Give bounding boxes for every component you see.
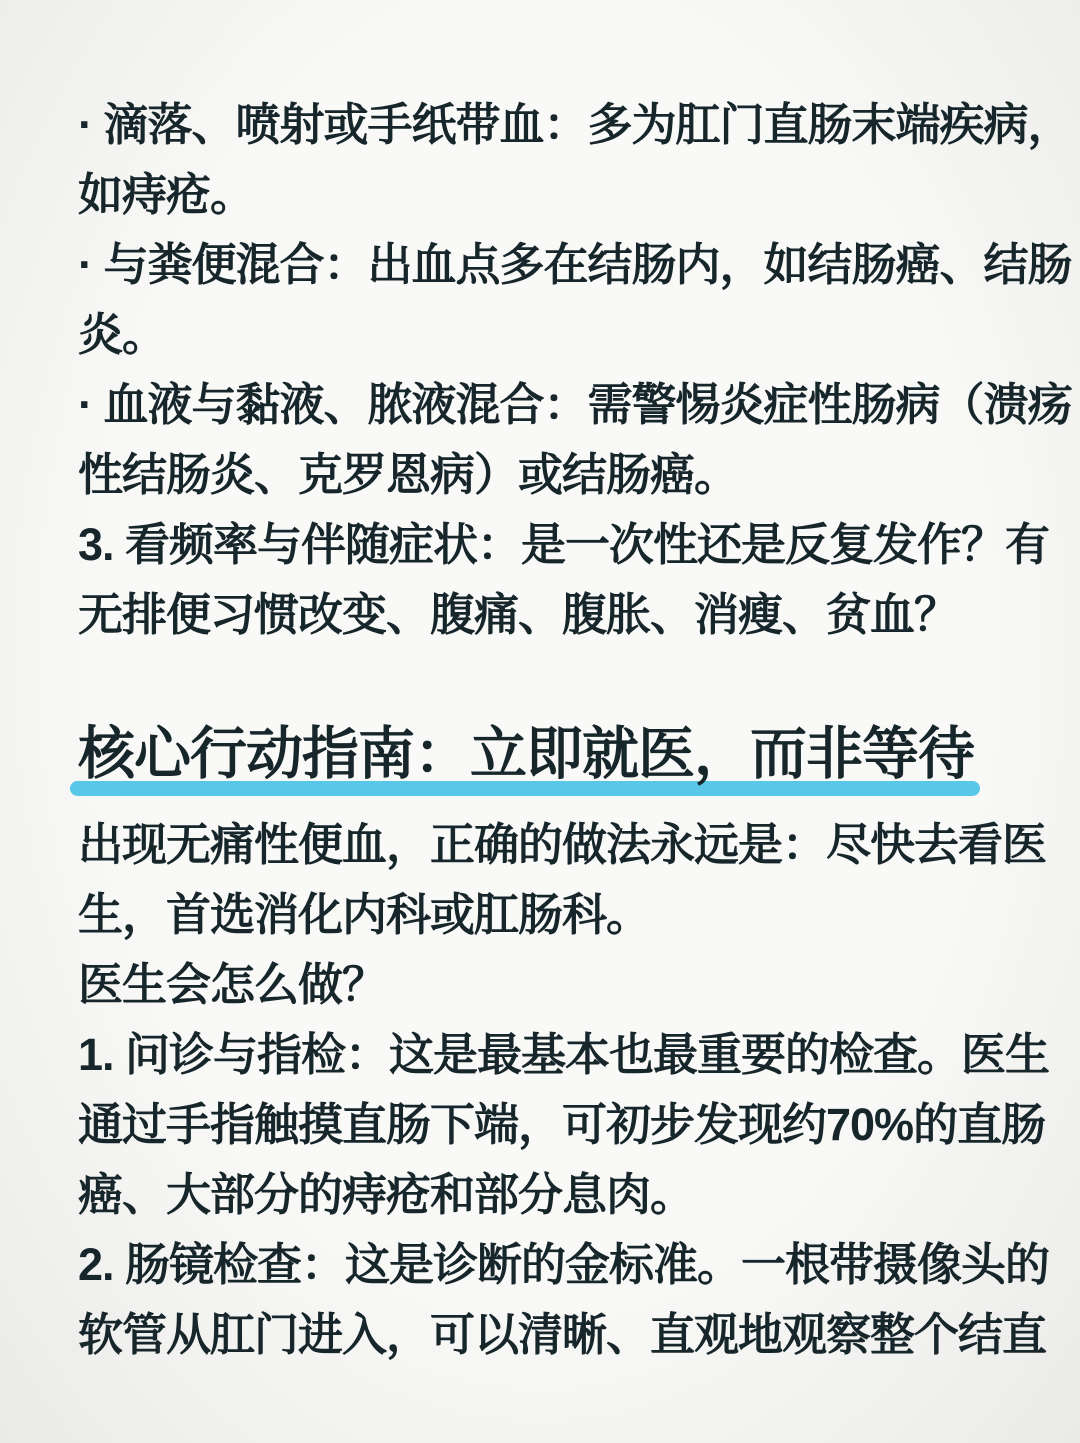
paragraph: 医生会怎么做？ [78,950,1022,1020]
bullet-item: · 滴落、喷射或手纸带血：多为肛门直肠末端疾病， 如痔疮。 [78,90,1022,230]
numbered-line: 3. 看频率与伴随症状：是一次性还是反复发作？有 [78,510,1022,580]
text-line: 通过手指触摸直肠下端，可初步发现约70%的直肠 [78,1090,1022,1160]
bullet-item: · 与粪便混合：出血点多在结肠内，如结肠癌、结肠 炎。 [78,230,1022,370]
text-line: 癌、大部分的痔疮和部分息肉。 [78,1160,1022,1230]
text-line: 软管从肛门进入，可以清晰、直观地观察整个结直 [78,1300,1022,1370]
knowledge-card: · 滴落、喷射或手纸带血：多为肛门直肠末端疾病， 如痔疮。 · 与粪便混合：出血… [0,0,1080,1443]
article-body: · 滴落、喷射或手纸带血：多为肛门直肠末端疾病， 如痔疮。 · 与粪便混合：出血… [0,0,1080,1370]
numbered-item: 2. 肠镜检查：这是诊断的金标准。一根带摄像头的 软管从肛门进入，可以清晰、直观… [78,1230,1022,1370]
text-line: 性结肠炎、克罗恩病）或结肠癌。 [78,440,1022,510]
bullet-item: · 血液与黏液、脓液混合：需警惕炎症性肠病（溃疡 性结肠炎、克罗恩病）或结肠癌。 [78,370,1022,510]
text-line: 生，首选消化内科或肛肠科。 [78,880,1022,950]
text-line: 医生会怎么做？ [78,950,1022,1020]
text-line: 如痔疮。 [78,160,1022,230]
text-line: 出现无痛性便血，正确的做法永远是：尽快去看医 [78,810,1022,880]
numbered-item: 3. 看频率与伴随症状：是一次性还是反复发作？有 无排便习惯改变、腹痛、腹胀、消… [78,510,1022,650]
numbered-line: 1. 问诊与指检：这是最基本也最重要的检查。医生 [78,1020,1022,1090]
text-line: 炎。 [78,300,1022,370]
heading-block: 核心行动指南：立即就医，而非等待 [78,714,1022,794]
paragraph: 出现无痛性便血，正确的做法永远是：尽快去看医 生，首选消化内科或肛肠科。 [78,810,1022,950]
numbered-line: 2. 肠镜检查：这是诊断的金标准。一根带摄像头的 [78,1230,1022,1300]
bullet-line: · 滴落、喷射或手纸带血：多为肛门直肠末端疾病， [78,90,1022,160]
numbered-item: 1. 问诊与指检：这是最基本也最重要的检查。医生 通过手指触摸直肠下端，可初步发… [78,1020,1022,1230]
bullet-line: · 与粪便混合：出血点多在结肠内，如结肠癌、结肠 [78,230,1022,300]
text-line: 无排便习惯改变、腹痛、腹胀、消瘦、贫血？ [78,580,1022,650]
section-heading-text: 核心行动指南：立即就医，而非等待 [78,722,974,786]
bullet-line: · 血液与黏液、脓液混合：需警惕炎症性肠病（溃疡 [78,370,1022,440]
section-heading: 核心行动指南：立即就医，而非等待 [78,714,974,794]
